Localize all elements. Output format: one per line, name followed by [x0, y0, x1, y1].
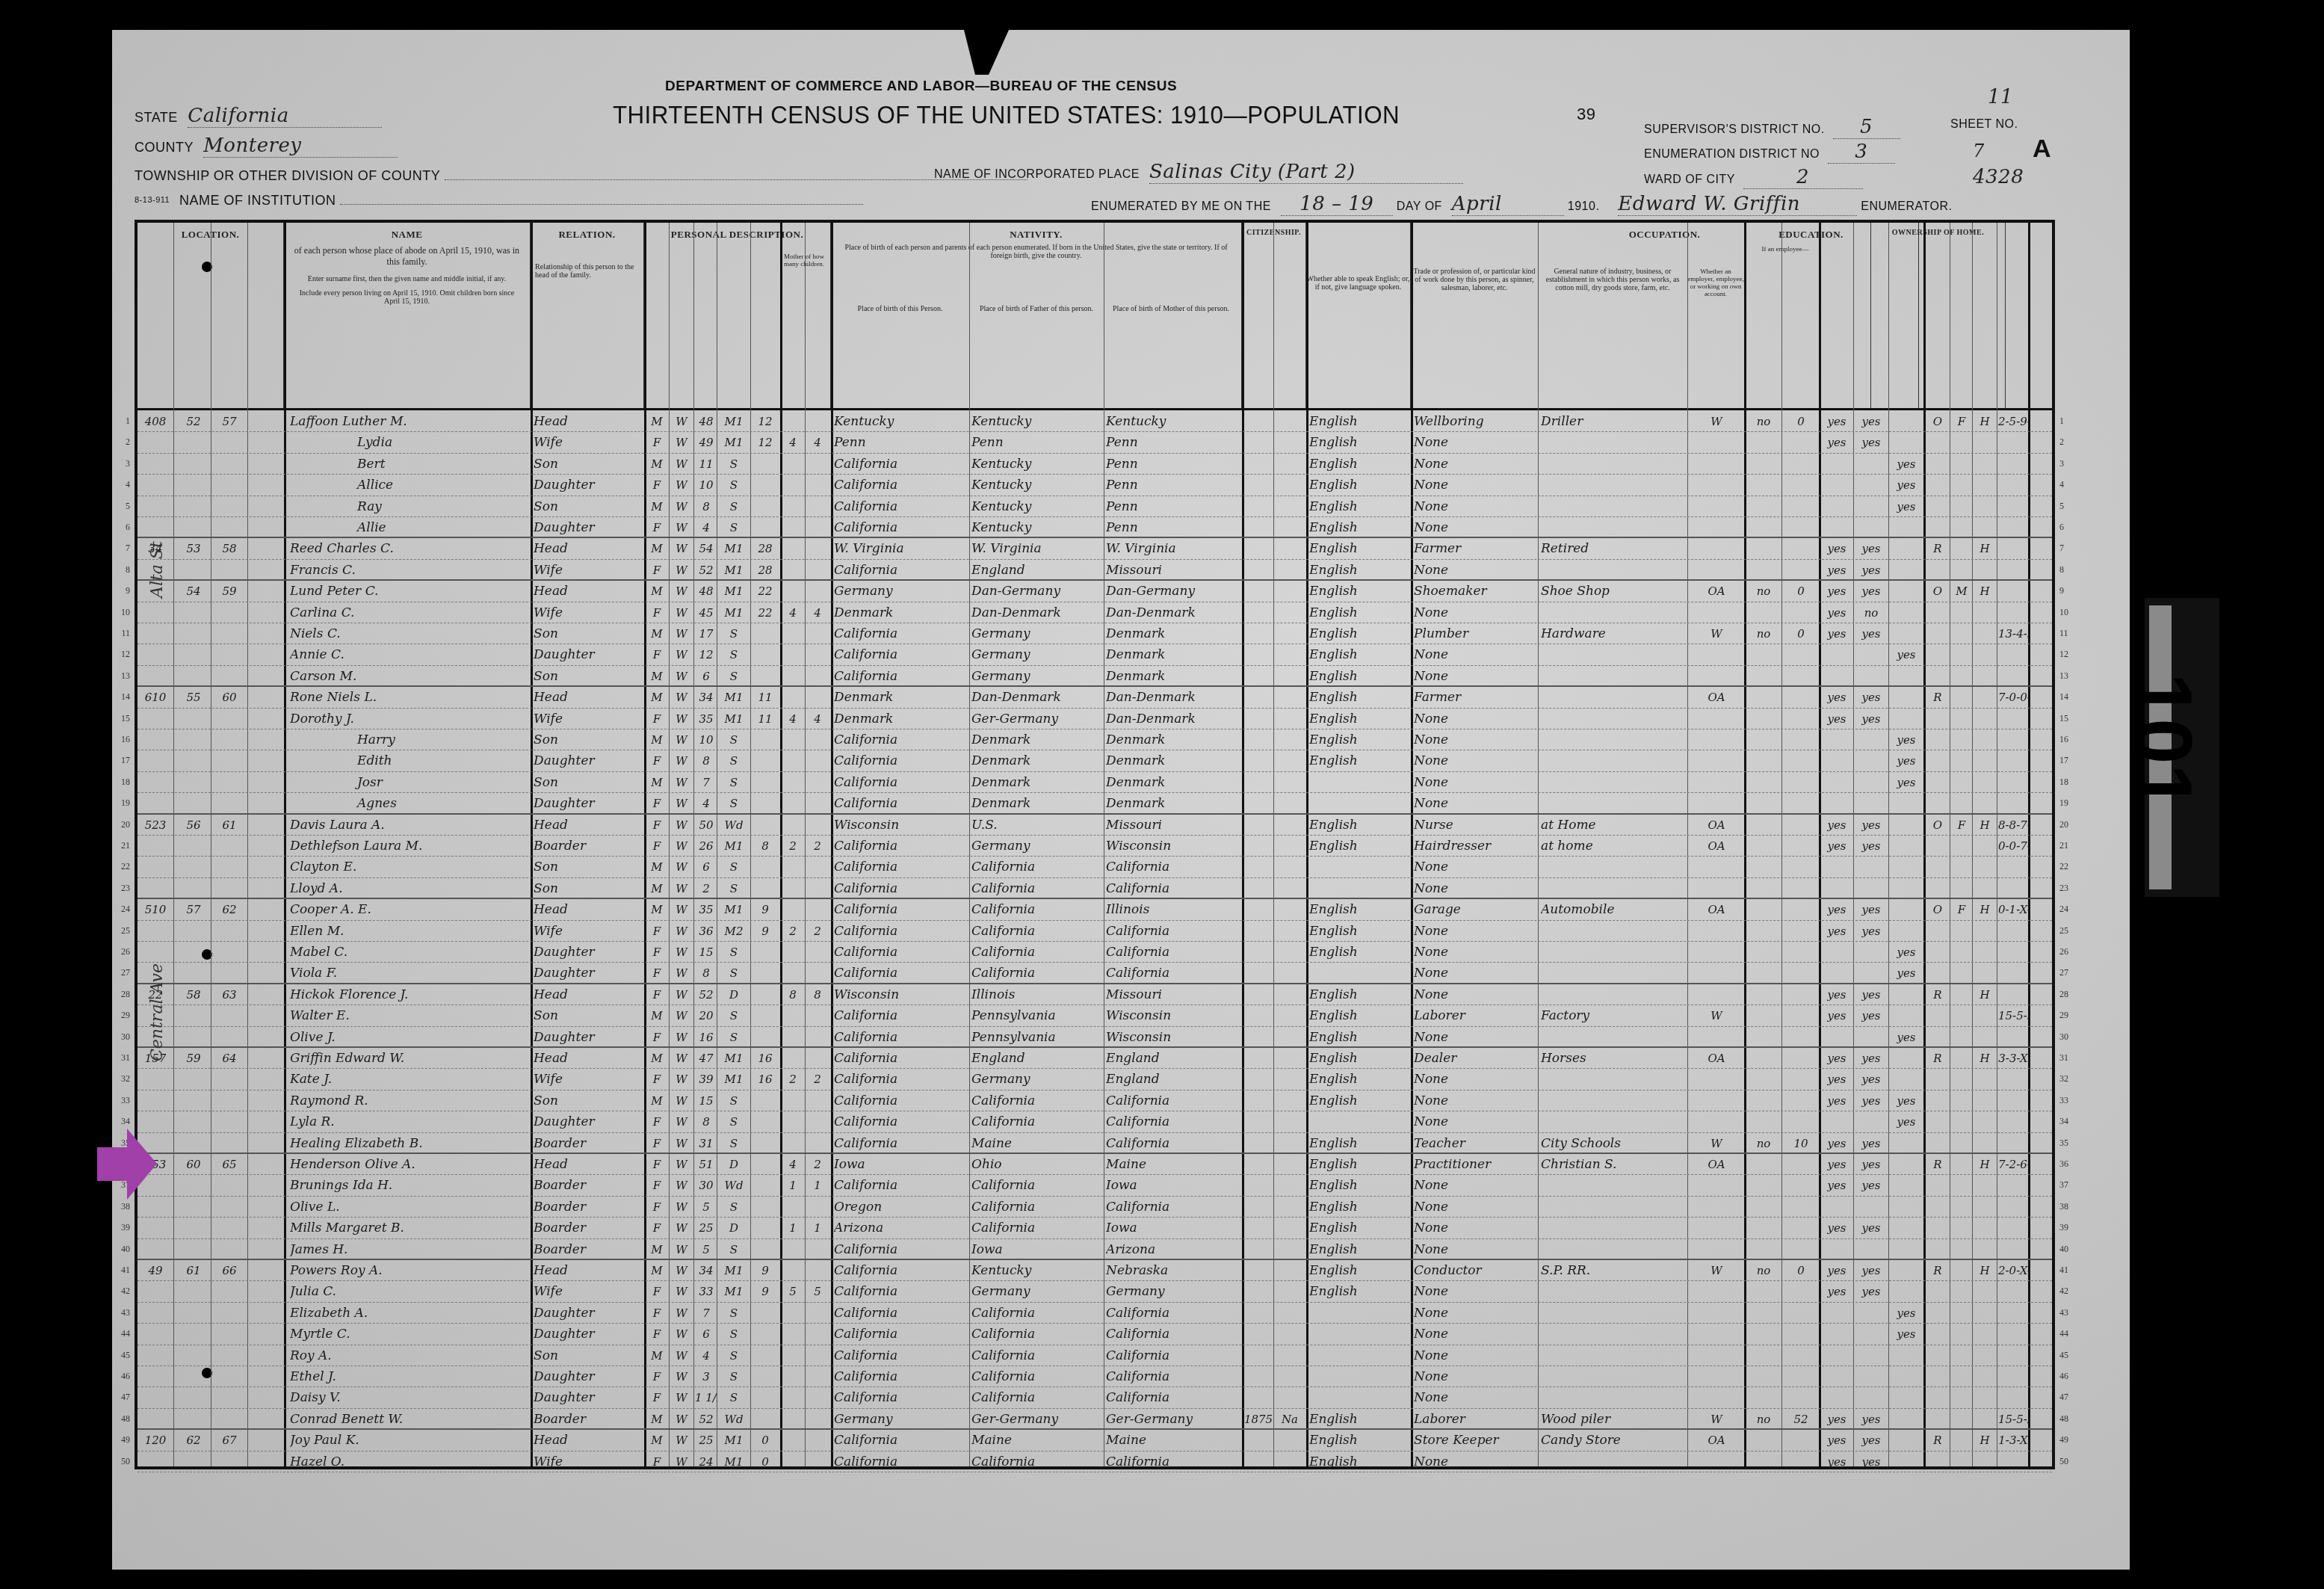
cell-class: [1690, 710, 1743, 729]
cell-farm: H: [1974, 1262, 1995, 1281]
cell-owned: [1926, 922, 1949, 942]
cell-out-work: [1747, 1049, 1780, 1069]
cell-father: Pennsylvania: [971, 1028, 1103, 1048]
cell-nat: [1275, 880, 1305, 899]
cell-immig: [1243, 1198, 1273, 1218]
cell-industry: [1541, 922, 1686, 942]
cell-free: [1952, 646, 1971, 665]
cell-born: 2: [782, 837, 804, 857]
line-number: 34: [2059, 1116, 2082, 1127]
cell-sched: [1998, 922, 2028, 942]
cell-name: Griffin Edward W.: [290, 1049, 529, 1069]
cell-father: Denmark: [971, 731, 1103, 750]
cell-living: [806, 1113, 829, 1132]
cell-english: English: [1309, 901, 1409, 920]
cell-mother: Missouri: [1106, 816, 1240, 836]
cell-nat: [1275, 986, 1305, 1005]
cell-owned: [1926, 1283, 1949, 1302]
cell-trade: Dealer: [1414, 1049, 1536, 1069]
cell-weeks: [1784, 561, 1817, 581]
cell-race: W: [670, 519, 693, 538]
cell-family: [212, 1028, 247, 1048]
cell-family: [212, 561, 247, 581]
cell-weeks: [1784, 455, 1817, 475]
line-number: 6: [2059, 522, 2082, 533]
cell-sex: F: [646, 646, 668, 665]
cell-immig: [1243, 794, 1273, 814]
cell-father: Ger-Germany: [971, 710, 1103, 729]
cell-birth: Denmark: [834, 710, 968, 729]
cell-trade: None: [1414, 561, 1536, 581]
cell-birth: Wisconsin: [834, 816, 968, 836]
cell-living: [806, 964, 829, 984]
cell-trade: None: [1414, 1283, 1536, 1302]
cell-farm: [1974, 667, 1995, 687]
cell-father: California: [971, 964, 1103, 984]
cell-marital: S: [719, 794, 749, 814]
cell-nat: [1275, 1135, 1305, 1154]
enumerated-label: ENUMERATED BY ME ON THE: [1091, 200, 1271, 213]
table-row: Olive L.BoarderFW5SOregonCaliforniaCalif…: [137, 1197, 2052, 1218]
cell-marital: M1: [719, 688, 749, 708]
cell-father: California: [971, 1113, 1103, 1132]
cell-race: W: [670, 837, 693, 857]
cell-relation: Wife: [534, 561, 643, 581]
cell-mother: Illinois: [1106, 901, 1240, 920]
cell-mother: Dan-Denmark: [1106, 604, 1240, 623]
cell-race: W: [670, 1410, 693, 1430]
cell-owned: R: [1926, 1262, 1949, 1281]
census-table: LOCATION. NAME of each person whose plac…: [135, 220, 2055, 1469]
cell-dwelling: [176, 1389, 211, 1408]
cell-living: 4: [806, 433, 829, 453]
cell-nat: [1275, 561, 1305, 581]
cell-race: W: [670, 752, 693, 771]
cell-living: [806, 667, 829, 687]
cell-relation: Head: [534, 413, 643, 432]
cell-trade: Store Keeper: [1414, 1431, 1536, 1451]
cell-class: W: [1690, 1007, 1743, 1026]
cell-family: [212, 880, 247, 899]
cell-weeks: [1784, 1007, 1817, 1026]
cell-sex: F: [646, 1198, 668, 1218]
cell-write: [1855, 1113, 1888, 1132]
cell-nat: [1275, 1049, 1305, 1069]
cell-owned: [1926, 1304, 1949, 1324]
cell-dwelling: 58: [176, 986, 211, 1005]
cell-weeks: [1784, 476, 1817, 496]
cell-school: [1890, 1156, 1923, 1175]
cell-marital: M1: [719, 1431, 749, 1451]
cell-class: [1690, 858, 1743, 877]
cell-free: [1952, 433, 1971, 453]
cell-immig: [1243, 604, 1273, 623]
cell-living: 1: [806, 1176, 829, 1196]
cell-birth: California: [834, 1241, 968, 1260]
cell-immig: [1243, 519, 1273, 538]
cell-trade: None: [1414, 1304, 1536, 1324]
cell-age: 8: [695, 964, 717, 984]
cell-mother: California: [1106, 1092, 1240, 1111]
cell-mother: Penn: [1106, 455, 1240, 475]
cell-mother: Denmark: [1106, 752, 1240, 771]
cell-house: [137, 1070, 173, 1090]
cell-immig: [1243, 561, 1273, 581]
cell-name: Lund Peter C.: [290, 582, 529, 602]
cell-class: [1690, 1113, 1743, 1132]
cell-immig: [1243, 1113, 1273, 1132]
table-row: RaySonMW8SCaliforniaKentuckyPennEnglishN…: [137, 496, 2052, 517]
cell-living: [806, 1304, 829, 1324]
cell-birth: Penn: [834, 433, 968, 453]
cell-years-married: 16: [752, 1049, 779, 1069]
cell-sched: [1998, 1135, 2028, 1154]
cell-nat: [1275, 1070, 1305, 1090]
cell-born: [782, 688, 804, 708]
line-number-left: 17: [108, 755, 130, 766]
cell-trade: None: [1414, 1176, 1536, 1196]
cell-name: Reed Charles C.: [290, 540, 529, 559]
cell-age: 15: [695, 943, 717, 963]
cell-family: [212, 1198, 247, 1218]
line-number-left: 8: [108, 564, 130, 576]
cell-name: Henderson Olive A.: [290, 1156, 529, 1175]
cell-mother: Penn: [1106, 519, 1240, 538]
cell-sex: F: [646, 1325, 668, 1345]
cell-birth: California: [834, 731, 968, 750]
cell-nat: [1275, 476, 1305, 496]
cell-years-married: 9: [752, 901, 779, 920]
line-number: 25: [2059, 925, 2082, 937]
cell-write: [1855, 646, 1888, 665]
cell-school: [1890, 1347, 1923, 1366]
cell-relation: Daughter: [534, 646, 643, 665]
cell-nat: [1275, 1176, 1305, 1196]
cell-sched: [1998, 519, 2028, 538]
cell-english: English: [1309, 1283, 1409, 1302]
cell-english: English: [1309, 1092, 1409, 1111]
cell-born: 1: [782, 1176, 804, 1196]
cell-immig: [1243, 901, 1273, 920]
cell-read: yes: [1822, 604, 1852, 623]
cell-age: 8: [695, 498, 717, 517]
line-number-left: 1: [108, 416, 130, 427]
cell-marital: S: [719, 1092, 749, 1111]
cell-born: [782, 1431, 804, 1451]
cell-race: W: [670, 1135, 693, 1154]
cell-class: [1690, 922, 1743, 942]
cell-trade: None: [1414, 1368, 1536, 1387]
cell-born: [782, 519, 804, 538]
cell-trade: None: [1414, 1198, 1536, 1218]
cell-out-work: [1747, 794, 1780, 814]
cell-sched: 7-2-6-X: [1998, 1156, 2028, 1175]
cell-nat: [1275, 540, 1305, 559]
cell-years-married: [752, 1156, 779, 1175]
enumeration-district-field: ENUMERATION DISTRICT NO 3: [1644, 141, 1895, 164]
cell-birth: California: [834, 1368, 968, 1387]
cell-write: yes: [1855, 1007, 1888, 1026]
cell-sex: F: [646, 1283, 668, 1302]
table-row: Dethlefson Laura M.BoarderFW26M1822Calif…: [137, 836, 2052, 857]
cell-sex: F: [646, 943, 668, 963]
cell-relation: Boarder: [534, 1135, 643, 1154]
cell-read: [1822, 455, 1852, 475]
county-field: COUNTY Monterey: [135, 135, 398, 158]
cell-name: Ethel J.: [290, 1368, 529, 1387]
cell-mother: California: [1106, 1368, 1240, 1387]
cell-race: W: [670, 582, 693, 602]
cell-class: [1690, 1325, 1743, 1345]
cell-write: yes: [1855, 710, 1888, 729]
line-number: 13: [2059, 670, 2082, 682]
cell-write: [1855, 1241, 1888, 1260]
cell-name: Elizabeth A.: [290, 1304, 529, 1324]
cell-name: Dethlefson Laura M.: [290, 837, 529, 857]
cell-age: 24: [695, 1453, 717, 1472]
line-number: 29: [2059, 1010, 2082, 1021]
cell-living: [806, 519, 829, 538]
line-number-left: 38: [108, 1201, 130, 1212]
cell-read: yes: [1822, 1135, 1852, 1154]
page-stamp: 39: [1577, 105, 1595, 124]
cell-sex: M: [646, 1262, 668, 1281]
cell-immig: [1243, 1092, 1273, 1111]
cell-school: [1890, 1176, 1923, 1196]
cell-years-married: [752, 880, 779, 899]
line-number: 24: [2059, 904, 2082, 915]
cell-mother: Penn: [1106, 498, 1240, 517]
cell-trade: None: [1414, 1070, 1536, 1090]
cell-relation: Boarder: [534, 1410, 643, 1430]
cell-marital: S: [719, 943, 749, 963]
cell-owned: R: [1926, 1156, 1949, 1175]
cell-out-work: [1747, 1368, 1780, 1387]
cell-farm: [1974, 519, 1995, 538]
cell-free: [1952, 1049, 1971, 1069]
cell-house: [137, 752, 173, 771]
cell-family: [212, 1092, 247, 1111]
cell-race: W: [670, 1389, 693, 1408]
cell-race: W: [670, 1262, 693, 1281]
cell-sex: F: [646, 476, 668, 496]
cell-mother: W. Virginia: [1106, 540, 1240, 559]
cell-years-married: [752, 1176, 779, 1196]
cell-write: [1855, 752, 1888, 771]
cell-out-work: [1747, 710, 1780, 729]
cell-birth: California: [834, 455, 968, 475]
cell-family: [212, 1347, 247, 1366]
cell-living: [806, 880, 829, 899]
line-number-left: 3: [108, 458, 130, 469]
cell-owned: R: [1926, 540, 1949, 559]
cell-born: [782, 816, 804, 836]
cell-mother: California: [1106, 922, 1240, 942]
cell-marital: M1: [719, 1262, 749, 1281]
cell-mother: California: [1106, 964, 1240, 984]
cell-owned: [1926, 1113, 1949, 1132]
cell-trade: Practitioner: [1414, 1156, 1536, 1175]
cell-farm: [1974, 922, 1995, 942]
cell-farm: [1974, 1028, 1995, 1048]
cell-relation: Son: [534, 1092, 643, 1111]
cell-father: Germany: [971, 625, 1103, 644]
line-number: 47: [2059, 1392, 2082, 1403]
table-row: Walter E.SonMW20SCaliforniaPennsylvaniaW…: [137, 1005, 2052, 1026]
line-number-left: 22: [108, 861, 130, 872]
cell-race: W: [670, 1431, 693, 1451]
line-number-left: 43: [108, 1307, 130, 1318]
cell-industry: [1541, 1219, 1686, 1238]
sheet-note: 11: [1988, 86, 2013, 108]
cell-english: [1309, 1347, 1409, 1366]
cell-school: [1890, 561, 1923, 581]
table-row: 1206267Joy Paul K.HeadMW25M10CaliforniaM…: [137, 1430, 2052, 1451]
cell-years-married: 16: [752, 1070, 779, 1090]
cell-house: [137, 433, 173, 453]
cell-school: yes: [1890, 1028, 1923, 1048]
cell-name: Brunings Ida H.: [290, 1176, 529, 1196]
cell-weeks: [1784, 964, 1817, 984]
cell-sched: [1998, 1453, 2028, 1472]
cell-industry: [1541, 880, 1686, 899]
cell-out-work: [1747, 455, 1780, 475]
cell-dwelling: 57: [176, 901, 211, 920]
cell-birth: California: [834, 1262, 968, 1281]
cell-sex: F: [646, 1135, 668, 1154]
cell-birth: Arizona: [834, 1219, 968, 1238]
cell-sex: F: [646, 1304, 668, 1324]
cell-marital: M1: [719, 1453, 749, 1472]
cell-english: [1309, 1113, 1409, 1132]
cell-school: yes: [1890, 1325, 1923, 1345]
line-number: 46: [2059, 1371, 2082, 1382]
cell-industry: at home: [1541, 837, 1686, 857]
cell-house: [137, 1389, 173, 1408]
cell-write: yes: [1855, 1453, 1888, 1472]
cell-sex: M: [646, 455, 668, 475]
cell-out-work: no: [1747, 413, 1780, 432]
cell-immig: [1243, 1453, 1273, 1472]
cell-english: English: [1309, 922, 1409, 942]
line-number: 17: [2059, 755, 2082, 766]
cell-relation: Head: [534, 1156, 643, 1175]
table-row: AgnesDaughterFW4SCaliforniaDenmarkDenmar…: [137, 793, 2052, 814]
cell-mother: California: [1106, 1198, 1240, 1218]
line-number: 44: [2059, 1328, 2082, 1339]
cell-living: [806, 1135, 829, 1154]
cell-read: [1822, 794, 1852, 814]
cell-family: [212, 1007, 247, 1026]
cell-write: [1855, 794, 1888, 814]
cell-sex: M: [646, 667, 668, 687]
cell-class: OA: [1690, 901, 1743, 920]
cell-farm: H: [1974, 1431, 1995, 1451]
cell-marital: M1: [719, 1070, 749, 1090]
cell-owned: [1926, 1410, 1949, 1430]
cell-born: [782, 455, 804, 475]
line-number: 37: [2059, 1179, 2082, 1191]
cell-relation: Daughter: [534, 1113, 643, 1132]
cell-house: [137, 1283, 173, 1302]
cell-free: [1952, 561, 1971, 581]
cell-farm: [1974, 1007, 1995, 1026]
cell-birth: California: [834, 1283, 968, 1302]
cell-sex: F: [646, 1389, 668, 1408]
cell-age: 35: [695, 710, 717, 729]
cell-write: yes: [1855, 1049, 1888, 1069]
line-number: 8: [2059, 564, 2082, 576]
cell-out-work: [1747, 667, 1780, 687]
cell-marital: S: [719, 1135, 749, 1154]
cell-relation: Head: [534, 1431, 643, 1451]
cell-school: yes: [1890, 752, 1923, 771]
line-number-left: 32: [108, 1073, 130, 1084]
cell-sched: [1998, 667, 2028, 687]
cell-weeks: 0: [1784, 413, 1817, 432]
cell-race: W: [670, 1347, 693, 1366]
cell-immig: [1243, 1028, 1273, 1048]
cell-out-work: [1747, 752, 1780, 771]
cell-sched: [1998, 794, 2028, 814]
cell-out-work: [1747, 986, 1780, 1005]
cell-name: Daisy V.: [290, 1389, 529, 1408]
line-number-left: 4: [108, 479, 130, 490]
cell-house: [137, 646, 173, 665]
cell-living: [806, 646, 829, 665]
street-note-alta: Alta St: [148, 541, 167, 598]
cell-free: M: [1952, 582, 1971, 602]
cell-out-work: [1747, 519, 1780, 538]
cell-nat: [1275, 646, 1305, 665]
line-number: 38: [2059, 1201, 2082, 1212]
side-stamp: 101: [2145, 598, 2219, 897]
line-number-left: 27: [108, 967, 130, 978]
cell-industry: [1541, 1389, 1686, 1408]
cell-weeks: [1784, 1368, 1817, 1387]
line-number: 35: [2059, 1138, 2082, 1149]
cell-house: [137, 1304, 173, 1324]
cell-free: [1952, 1410, 1971, 1430]
cell-family: [212, 1389, 247, 1408]
cell-marital: S: [719, 1368, 749, 1387]
cell-sex: F: [646, 1453, 668, 1472]
cell-relation: Head: [534, 1049, 643, 1069]
cell-age: 10: [695, 476, 717, 496]
cell-read: [1822, 752, 1852, 771]
cell-race: W: [670, 1368, 693, 1387]
cell-english: English: [1309, 519, 1409, 538]
cell-out-work: [1747, 964, 1780, 984]
cell-trade: None: [1414, 774, 1536, 793]
cell-dwelling: [176, 837, 211, 857]
cell-owned: [1926, 667, 1949, 687]
cell-father: Germany: [971, 837, 1103, 857]
cell-out-work: [1747, 498, 1780, 517]
cell-age: 36: [695, 922, 717, 942]
cell-sched: [1998, 731, 2028, 750]
cell-school: [1890, 1410, 1923, 1430]
cell-free: [1952, 1241, 1971, 1260]
cell-industry: Retired: [1541, 540, 1686, 559]
cell-birth: California: [834, 1070, 968, 1090]
cell-nat: [1275, 1113, 1305, 1132]
cell-sched: [1998, 710, 2028, 729]
cell-marital: S: [719, 1389, 749, 1408]
cell-read: [1822, 1325, 1852, 1345]
cell-house: [137, 1347, 173, 1366]
table-row: Niels C.SonMW17SCaliforniaGermanyDenmark…: [137, 623, 2052, 644]
